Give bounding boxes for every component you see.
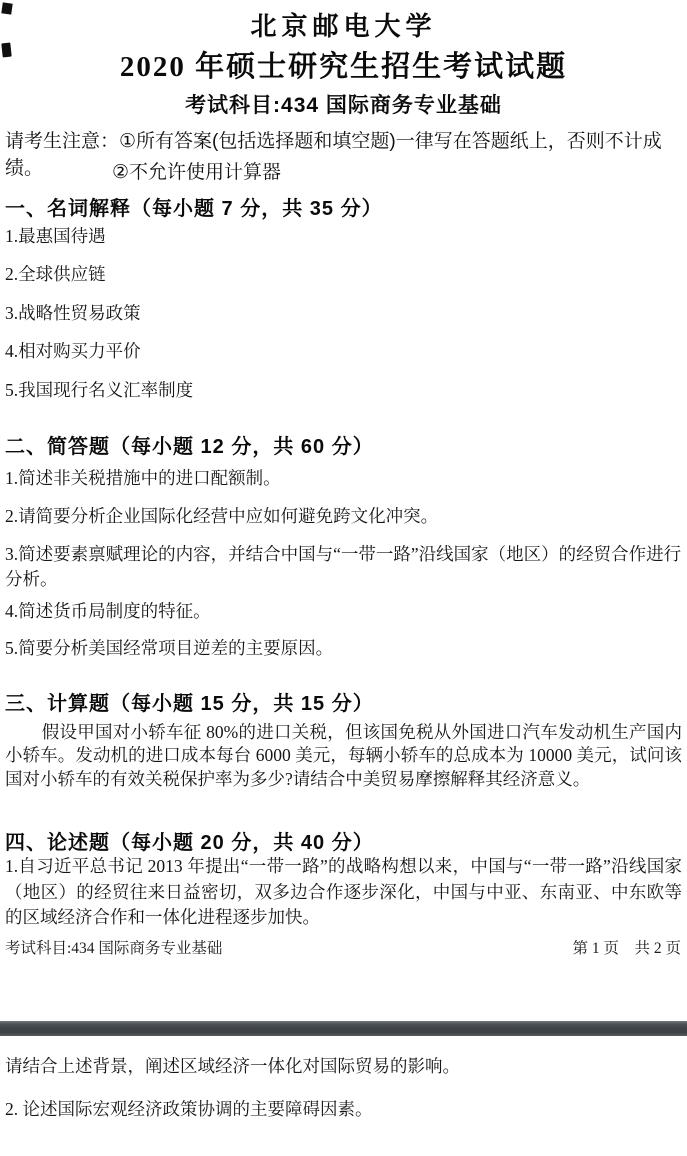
section-2-item-3: 3.简述要素禀赋理论的内容，并结合中国与“一带一路”沿线国家（地区）的经贸合作进… bbox=[5, 542, 682, 591]
section-1-item-2: 2.全球供应链 bbox=[5, 262, 682, 287]
section-3-problem-text: 假设甲国对小轿车征 80%的进口关税，但该国免税从外国进口汽车发动机生产国内小轿… bbox=[5, 721, 682, 791]
section-3-heading: 三、计算题（每小题 15 分，共 15 分） bbox=[5, 687, 374, 716]
section-2-item-2: 2.请简要分析企业国际化经营中应如何避免跨文化冲突。 bbox=[5, 504, 682, 529]
section-2-item-5: 5.简要分析美国经常项目逆差的主要原因。 bbox=[5, 636, 682, 661]
section-1-item-3: 3.战略性贸易政策 bbox=[5, 301, 682, 326]
candidate-notice-line-1: 请考生注意：①所有答案(包括选择题和填空题)一律写在答题纸上，否则不计成绩。 bbox=[5, 126, 683, 180]
page-break-band bbox=[0, 1021, 687, 1036]
footer-page-number: 第 1 页 共 2 页 bbox=[572, 936, 681, 958]
exam-paper-scan: 北京邮电大学 2020 年硕士研究生招生考试试题 考试科目:434 国际商务专业… bbox=[0, 0, 687, 1156]
section-2-item-4: 4.简述货币局制度的特征。 bbox=[5, 599, 682, 624]
section-2-item-1: 1.简述非关税措施中的进口配额制。 bbox=[5, 466, 682, 491]
footer-subject-line: 考试科目:434 国际商务专业基础 bbox=[5, 936, 222, 958]
page-footer: 考试科目:434 国际商务专业基础 第 1 页 共 2 页 bbox=[5, 936, 681, 958]
section-4-item-1: 1.自习近平总书记 2013 年提出“一带一路”的战略构想以来，中国与“一带一路… bbox=[5, 854, 682, 931]
section-4-heading: 四、论述题（每小题 20 分，共 40 分） bbox=[5, 826, 374, 855]
university-title: 北京邮电大学 bbox=[0, 6, 687, 43]
candidate-notice-line-2: ②不允许使用计算器 bbox=[112, 157, 281, 184]
section-1-heading: 一、名词解释（每小题 7 分，共 35 分） bbox=[5, 192, 383, 221]
exam-title: 2020 年硕士研究生招生考试试题 bbox=[0, 44, 687, 85]
subject-line-header: 考试科目:434 国际商务专业基础 bbox=[0, 89, 687, 119]
section-1-item-1: 1.最惠国待遇 bbox=[5, 224, 682, 249]
section-1-item-5: 5.我国现行名义汇率制度 bbox=[5, 378, 682, 403]
page-2-item-2: 2. 论述国际宏观经济政策协调的主要障碍因素。 bbox=[5, 1097, 682, 1122]
section-2-heading: 二、简答题（每小题 12 分，共 60 分） bbox=[5, 430, 374, 459]
section-1-item-4: 4.相对购买力平价 bbox=[5, 339, 682, 364]
page-2-continuation-text: 请结合上述背景，阐述区域经济一体化对国际贸易的影响。 bbox=[5, 1054, 682, 1079]
